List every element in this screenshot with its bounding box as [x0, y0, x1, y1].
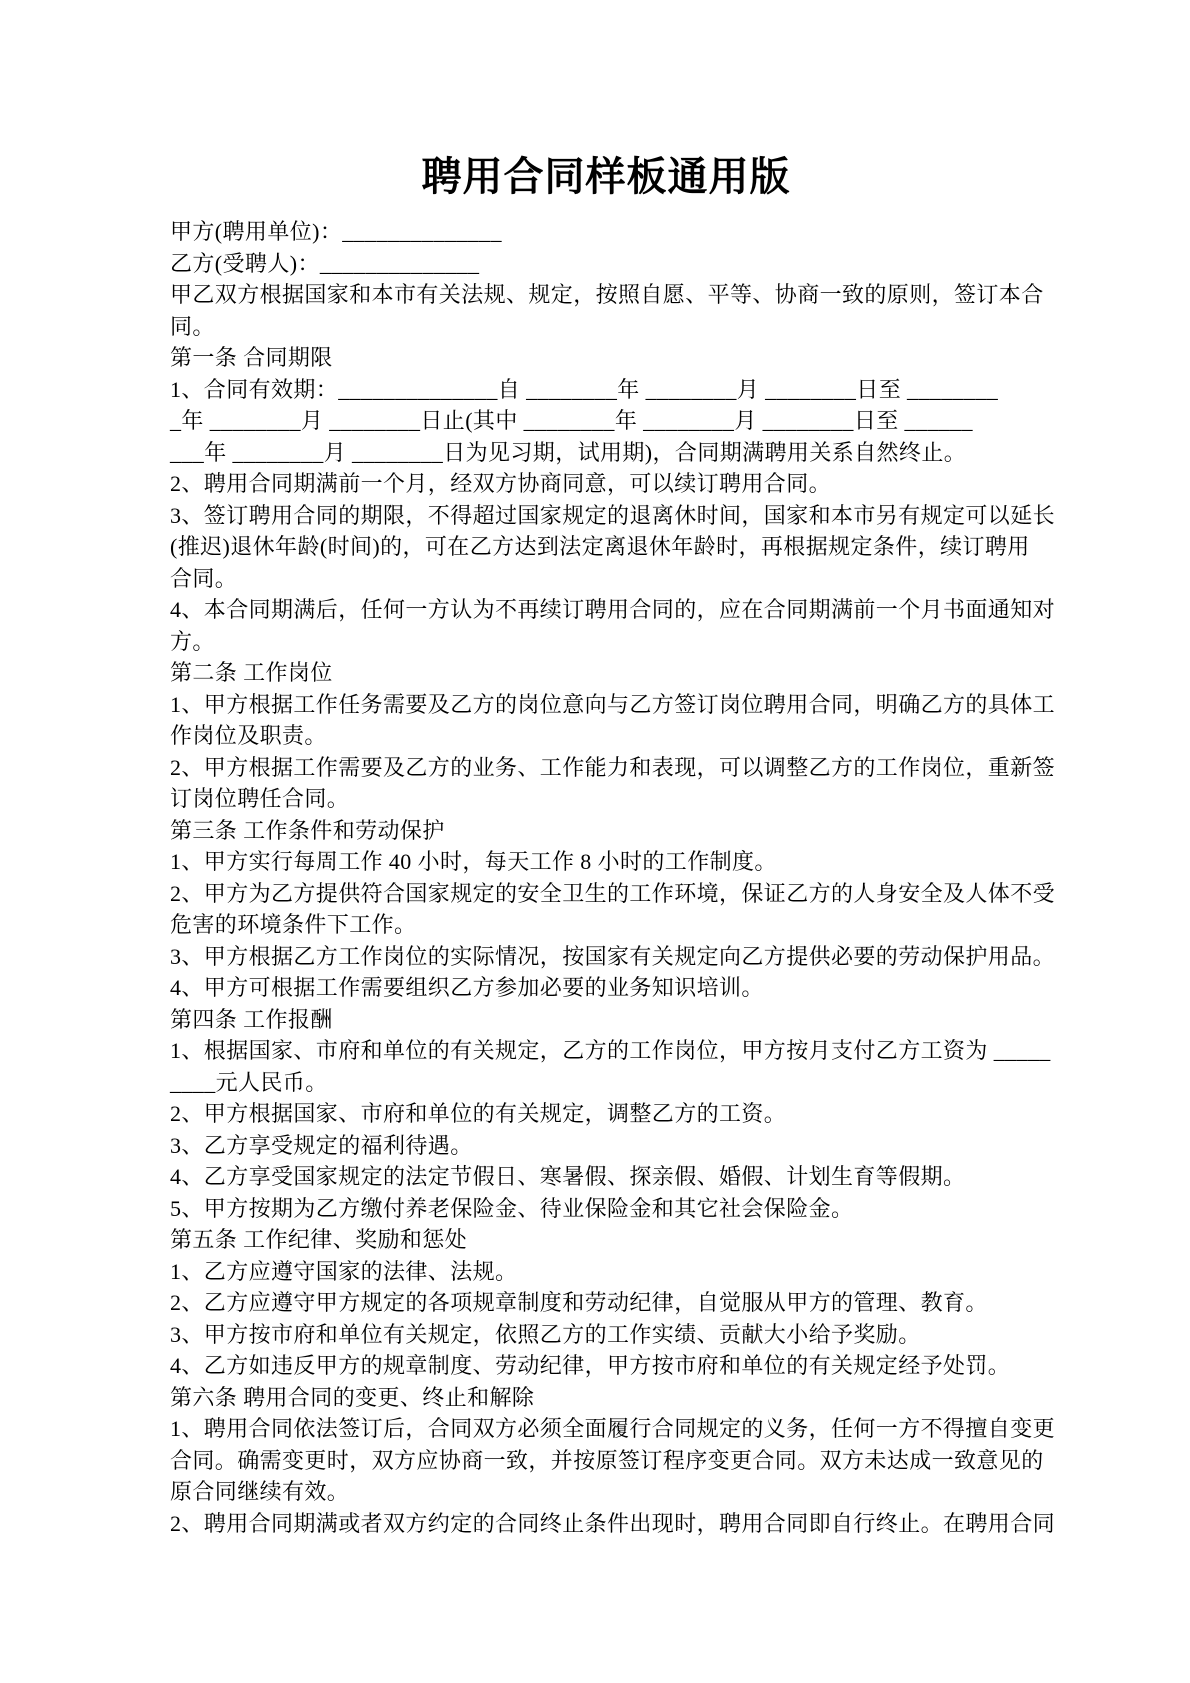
- article-2-clause-line: 订岗位聘任合同。: [170, 783, 1042, 815]
- article-3-clause-line: 2、甲方为乙方提供符合国家规定的安全卫生的工作环境，保证乙方的人身安全及人体不受: [170, 878, 1042, 910]
- preamble-line: 甲乙双方根据国家和本市有关法规、规定，按照自愿、平等、协商一致的原则，签订本合: [170, 279, 1042, 311]
- article-3-clause-line: 4、甲方可根据工作需要组织乙方参加必要的业务知识培训。: [170, 972, 1042, 1004]
- document-title: 聘用合同样板通用版: [170, 148, 1042, 206]
- article-1-clause-line: 1、合同有效期：______________自 ________年 ______…: [170, 374, 1042, 406]
- article-1-clause-line: ___年 ________月 ________日为见习期，试用期)，合同期满聘用…: [170, 437, 1042, 469]
- article-6-clause-line: 2、聘用合同期满或者双方约定的合同终止条件出现时，聘用合同即自行终止。在聘用合同: [170, 1508, 1042, 1540]
- article-1-clause-line: 3、签订聘用合同的期限，不得超过国家规定的退离休时间，国家和本市另有规定可以延长: [170, 500, 1042, 532]
- article-5-clause-line: 4、乙方如违反甲方的规章制度、劳动纪律，甲方按市府和单位的有关规定经予处罚。: [170, 1350, 1042, 1382]
- article-2-clause-line: 1、甲方根据工作任务需要及乙方的岗位意向与乙方签订岗位聘用合同，明确乙方的具体工: [170, 689, 1042, 721]
- article-2-clause-line: 作岗位及职责。: [170, 720, 1042, 752]
- article-1-clause-line: 4、本合同期满后，任何一方认为不再续订聘用合同的，应在合同期满前一个月书面通知对: [170, 594, 1042, 626]
- preamble-line: 同。: [170, 311, 1042, 343]
- article-6-heading: 第六条 聘用合同的变更、终止和解除: [170, 1382, 1042, 1414]
- article-4-clause-line: 3、乙方享受规定的福利待遇。: [170, 1130, 1042, 1162]
- party-a-line: 甲方(聘用单位)：______________: [170, 216, 1042, 248]
- contract-document-page: 聘用合同样板通用版 甲方(聘用单位)：______________ 乙方(受聘人…: [0, 0, 1190, 1683]
- document-content: 聘用合同样板通用版 甲方(聘用单位)：______________ 乙方(受聘人…: [170, 148, 1042, 1539]
- article-1-clause-line: _年 ________月 ________日止(其中 ________年 ___…: [170, 405, 1042, 437]
- party-b-line: 乙方(受聘人)：______________: [170, 248, 1042, 280]
- article-4-clause-line: ____元人民币。: [170, 1067, 1042, 1099]
- article-5-clause-line: 2、乙方应遵守甲方规定的各项规章制度和劳动纪律，自觉服从甲方的管理、教育。: [170, 1287, 1042, 1319]
- article-1-clause-line: 合同。: [170, 563, 1042, 595]
- article-1-clause-line: 2、聘用合同期满前一个月，经双方协商同意，可以续订聘用合同。: [170, 468, 1042, 500]
- article-6-clause-line: 1、聘用合同依法签订后，合同双方必须全面履行合同规定的义务，任何一方不得擅自变更: [170, 1413, 1042, 1445]
- article-5-heading: 第五条 工作纪律、奖励和惩处: [170, 1224, 1042, 1256]
- article-3-clause-line: 危害的环境条件下工作。: [170, 909, 1042, 941]
- article-4-heading: 第四条 工作报酬: [170, 1004, 1042, 1036]
- article-4-clause-line: 2、甲方根据国家、市府和单位的有关规定，调整乙方的工资。: [170, 1098, 1042, 1130]
- article-1-heading: 第一条 合同期限: [170, 342, 1042, 374]
- article-5-clause-line: 3、甲方按市府和单位有关规定，依照乙方的工作实绩、贡献大小给予奖励。: [170, 1319, 1042, 1351]
- article-3-clause-line: 1、甲方实行每周工作 40 小时，每天工作 8 小时的工作制度。: [170, 846, 1042, 878]
- article-2-heading: 第二条 工作岗位: [170, 657, 1042, 689]
- article-3-clause-line: 3、甲方根据乙方工作岗位的实际情况，按国家有关规定向乙方提供必要的劳动保护用品。: [170, 941, 1042, 973]
- article-1-clause-line: (推迟)退休年龄(时间)的，可在乙方达到法定离退休年龄时，再根据规定条件，续订聘…: [170, 531, 1042, 563]
- article-1-clause-line: 方。: [170, 626, 1042, 658]
- article-6-clause-line: 合同。确需变更时，双方应协商一致，并按原签订程序变更合同。双方未达成一致意见的: [170, 1445, 1042, 1477]
- article-2-clause-line: 2、甲方根据工作需要及乙方的业务、工作能力和表现，可以调整乙方的工作岗位，重新签: [170, 752, 1042, 784]
- article-4-clause-line: 5、甲方按期为乙方缴付养老保险金、待业保险金和其它社会保险金。: [170, 1193, 1042, 1225]
- article-4-clause-line: 1、根据国家、市府和单位的有关规定，乙方的工作岗位，甲方按月支付乙方工资为 __…: [170, 1035, 1042, 1067]
- article-3-heading: 第三条 工作条件和劳动保护: [170, 815, 1042, 847]
- article-5-clause-line: 1、乙方应遵守国家的法律、法规。: [170, 1256, 1042, 1288]
- article-4-clause-line: 4、乙方享受国家规定的法定节假日、寒暑假、探亲假、婚假、计划生育等假期。: [170, 1161, 1042, 1193]
- article-6-clause-line: 原合同继续有效。: [170, 1476, 1042, 1508]
